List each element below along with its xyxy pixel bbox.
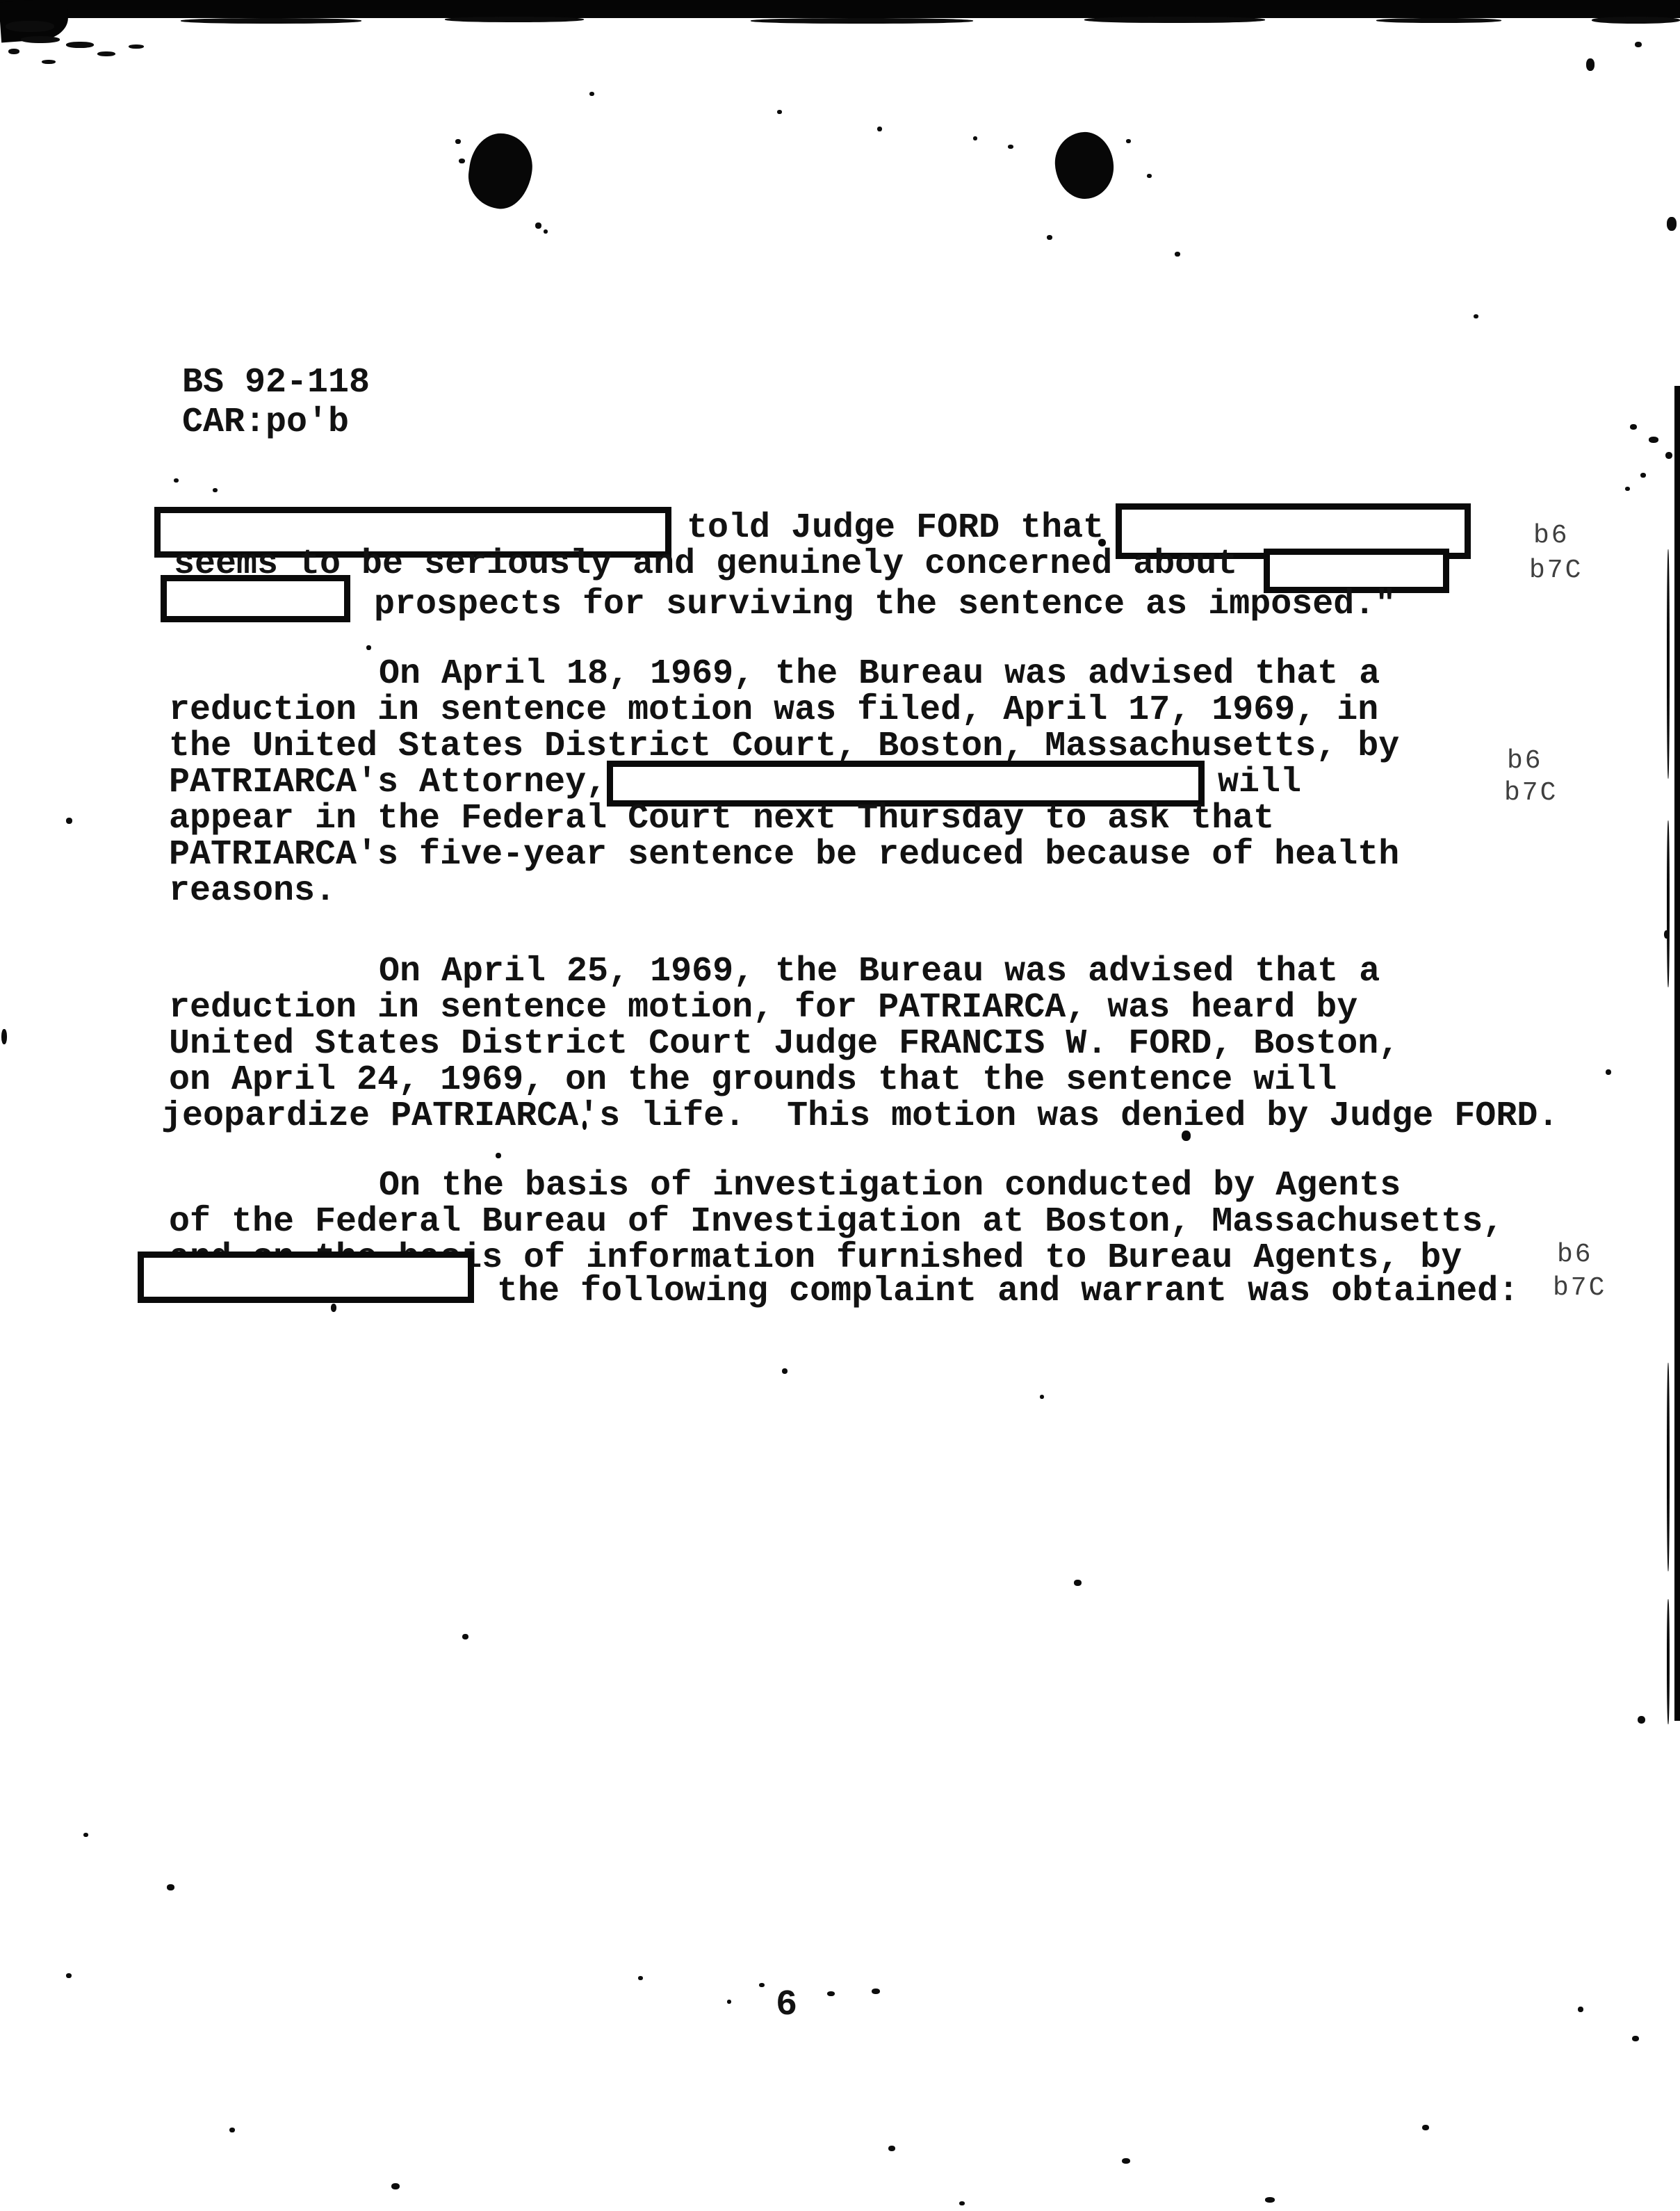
noise-speck xyxy=(391,2183,400,2189)
noise-speck xyxy=(1630,424,1637,430)
noise-speck xyxy=(1586,58,1595,71)
classification-code-b6-2: b6 xyxy=(1507,748,1543,775)
noise-speck xyxy=(1265,2197,1275,2203)
noise-speck xyxy=(181,18,361,24)
noise-speck xyxy=(1578,2007,1583,2012)
noise-speck xyxy=(1376,18,1501,23)
noise-speck xyxy=(959,2201,965,2205)
noise-speck xyxy=(827,1991,835,1996)
noise-speck xyxy=(66,818,72,824)
scan-right-edge-line xyxy=(1674,386,1680,1721)
noise-speck xyxy=(1632,2036,1639,2041)
classification-code-b7c-3: b7C xyxy=(1553,1275,1606,1302)
classification-code-b6-3: b6 xyxy=(1557,1242,1593,1268)
noise-speck xyxy=(973,136,977,140)
para1-line3-text: prospects for surviving the sentence as … xyxy=(374,587,1396,623)
para2-line7: reasons. xyxy=(169,873,336,909)
para3-line1: On April 25, 1969, the Bureau was advise… xyxy=(379,954,1380,990)
noise-speck xyxy=(1422,2125,1429,2130)
para4-line2: of the Federal Bureau of Investigation a… xyxy=(169,1204,1503,1240)
hole-punch-left xyxy=(464,129,537,212)
para2-line2: reduction in sentence motion was filed, … xyxy=(169,693,1378,729)
noise-speck xyxy=(759,1983,765,1987)
para2-line3: the United States District Court, Boston… xyxy=(169,729,1399,765)
para2-line5: appear in the Federal Court next Thursda… xyxy=(169,801,1274,837)
noise-speck xyxy=(66,42,94,48)
noise-speck xyxy=(21,36,60,43)
noise-speck xyxy=(8,49,19,54)
noise-speck xyxy=(1667,820,1670,987)
noise-speck xyxy=(1,1029,7,1044)
noise-speck xyxy=(1084,17,1265,23)
noise-speck xyxy=(174,478,179,483)
noise-speck xyxy=(1008,145,1013,149)
noise-speck xyxy=(167,1884,174,1890)
para1-line1-text: told Judge FORD that xyxy=(687,510,1104,546)
para4-line4-after: the following complaint and warrant was … xyxy=(497,1274,1519,1310)
para3-line4: on April 24, 1969, on the grounds that t… xyxy=(169,1062,1337,1099)
noise-speck xyxy=(1638,1716,1645,1724)
noise-speck xyxy=(1074,1580,1082,1586)
noise-speck xyxy=(1665,452,1672,459)
noise-speck xyxy=(1122,2158,1130,2164)
noise-speck xyxy=(1667,1363,1670,1571)
classification-code-b7c-2: b7C xyxy=(1504,780,1558,807)
noise-speck xyxy=(42,60,56,64)
case-number: BS 92-118 xyxy=(182,365,370,401)
para3-line2: reduction in sentence motion, for PATRIA… xyxy=(169,990,1357,1026)
noise-speck xyxy=(1625,487,1630,491)
noise-speck xyxy=(877,127,882,131)
para2-line4-after: will xyxy=(1218,765,1301,801)
typist-initials: CAR:po'b xyxy=(182,405,349,441)
noise-speck xyxy=(83,1833,88,1837)
noise-speck xyxy=(589,92,594,96)
noise-speck xyxy=(1649,437,1658,443)
scan-top-edge-bar xyxy=(0,0,1680,18)
noise-speck xyxy=(1126,139,1131,143)
noise-speck xyxy=(1667,549,1670,779)
para3-line5: jeopardize PATRIARCA's life. This motion… xyxy=(161,1099,1558,1135)
noise-speck xyxy=(888,2146,895,2151)
noise-speck xyxy=(459,159,465,163)
noise-speck xyxy=(1040,1395,1044,1399)
page-number: 6 xyxy=(776,1987,797,2023)
noise-speck xyxy=(751,18,973,24)
noise-speck xyxy=(129,44,144,49)
para2-line6: PATRIARCA's five-year sentence be reduce… xyxy=(169,837,1399,873)
noise-speck xyxy=(1047,235,1052,240)
noise-speck xyxy=(1667,217,1677,231)
noise-speck xyxy=(1592,17,1680,24)
noise-speck xyxy=(544,229,548,234)
noise-speck xyxy=(366,645,371,650)
noise-speck xyxy=(1175,252,1180,257)
noise-speck xyxy=(1474,314,1478,318)
para1-line2-rest: be seriously and genuinely concerned abo… xyxy=(341,544,1237,584)
noise-speck xyxy=(496,1153,501,1158)
noise-speck xyxy=(1635,42,1642,47)
noise-speck xyxy=(229,2128,235,2132)
redaction-box-4 xyxy=(161,575,350,622)
noise-speck xyxy=(1147,174,1152,178)
noise-speck xyxy=(462,1634,468,1639)
classification-code-b7c-1: b7C xyxy=(1529,558,1583,584)
noise-speck xyxy=(331,1304,336,1312)
para4-line1: On the basis of investigation conducted … xyxy=(379,1168,1401,1204)
noise-speck xyxy=(1606,1069,1611,1075)
noise-speck xyxy=(535,222,541,229)
hole-punch-right xyxy=(1054,131,1116,200)
noise-speck xyxy=(6,21,54,32)
noise-speck xyxy=(1640,473,1646,478)
noise-speck xyxy=(1667,1599,1670,1724)
noise-speck xyxy=(727,2000,731,2004)
noise-speck xyxy=(66,1973,72,1978)
noise-speck xyxy=(455,139,461,144)
scanned-document-page: BS 92-118 CAR:po'b told Judge FORD that … xyxy=(0,0,1680,2211)
classification-code-b6-1: b6 xyxy=(1533,523,1569,549)
noise-speck xyxy=(872,1989,880,1994)
noise-speck xyxy=(782,1368,788,1374)
noise-speck xyxy=(213,488,218,492)
noise-speck xyxy=(445,17,584,22)
noise-speck xyxy=(638,1976,643,1980)
para2-line4-before: PATRIARCA's Attorney, xyxy=(169,765,607,801)
noise-speck xyxy=(97,51,115,56)
para2-line1: On April 18, 1969, the Bureau was advise… xyxy=(379,656,1380,693)
redaction-box-6 xyxy=(138,1252,474,1303)
para3-line3: United States District Court Judge FRANC… xyxy=(169,1026,1399,1062)
noise-speck xyxy=(777,110,782,114)
